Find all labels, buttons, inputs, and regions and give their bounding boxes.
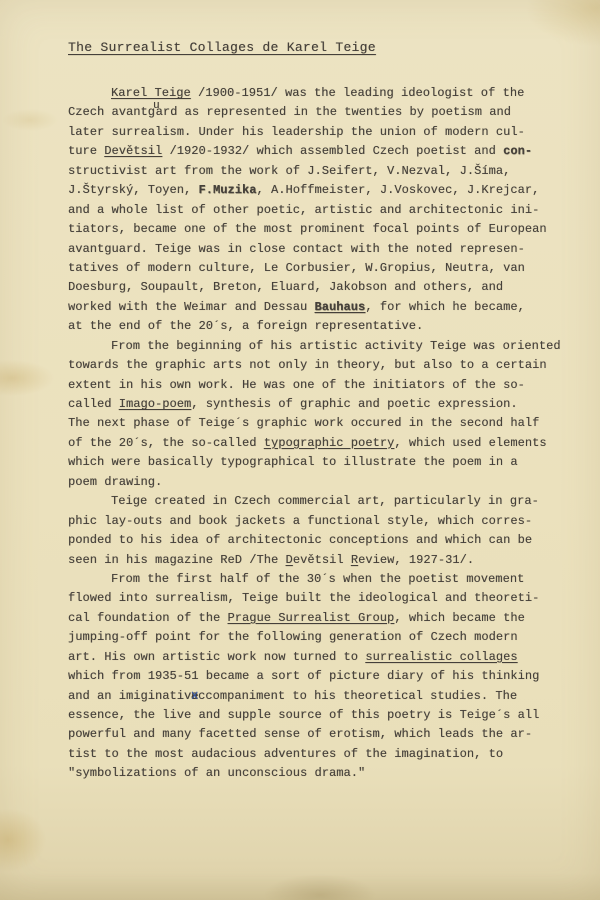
- typed-text: , which became the: [394, 611, 525, 625]
- typed-text: structivist art from the work of J.Seife…: [68, 164, 510, 178]
- typewritten-line: From the first half of the 30´s when the…: [68, 570, 568, 589]
- typed-text: art. His own artistic work now turned to: [68, 650, 365, 664]
- typewritten-line: Karel Teige /1900-1951/ was the leading …: [68, 84, 568, 103]
- typed-text: Teige created in Czech commercial art, p…: [111, 494, 539, 508]
- blue-pen-mark: ✕: [191, 683, 199, 709]
- typewritten-line: towards the graphic arts not only in the…: [68, 356, 568, 375]
- document-body: Karel Teige /1900-1951/ was the leading …: [68, 84, 568, 784]
- typewritten-line: jumping-off point for the following gene…: [68, 628, 568, 647]
- typed-text: of the 20´s, the so-called: [68, 436, 264, 450]
- underlined-text: Prague Surrealist Group: [228, 611, 395, 625]
- typewritten-line: The next phase of Teige´s graphic work o…: [68, 414, 568, 433]
- underlined-text: Karel Teige: [111, 86, 191, 100]
- typed-text: Czech avantg: [68, 105, 155, 119]
- underlined-text: D: [286, 553, 293, 567]
- typed-text: poem drawing.: [68, 475, 162, 489]
- typewritten-line: flowed into surrealism, Teige built the …: [68, 589, 568, 608]
- typed-text: ponded to his idea of architectonic conc…: [68, 533, 532, 547]
- typed-text: eview, 1927-31/.: [358, 553, 474, 567]
- typed-text: extent in his own work. He was one of th…: [68, 378, 525, 392]
- typed-text: The next phase of Teige´s graphic work o…: [68, 416, 539, 430]
- typed-text: , A.Hoffmeister, J.Voskovec, J.Krejcar,: [257, 183, 540, 197]
- typed-text: at the end of the 20´s, a foreign repres…: [68, 319, 423, 333]
- typewritten-line: tist to the most audacious adventures of…: [68, 745, 568, 764]
- typed-text: powerful and many facetted sense of erot…: [68, 727, 532, 741]
- typed-correction-u: u: [153, 97, 160, 116]
- typed-text: later surrealism. Under his leadership t…: [68, 125, 525, 139]
- typewritten-line: at the end of the 20´s, a foreign repres…: [68, 317, 568, 336]
- document-page: The Surrealist Collages de Karel Teige K…: [0, 0, 600, 900]
- typed-text: seen in his magazine ReD /The: [68, 553, 286, 567]
- typed-text: /1900-1951/ was the leading ideologist o…: [191, 86, 525, 100]
- typewritten-line: called Imago-poem, synthesis of graphic …: [68, 395, 568, 414]
- typewritten-line: art. His own artistic work now turned to…: [68, 648, 568, 667]
- typed-text: F.Muzika: [199, 183, 257, 197]
- typed-text: ard as represented in the twenties by po…: [156, 105, 511, 119]
- typewritten-line: tatives of modern culture, Le Corbusier,…: [68, 259, 568, 278]
- typewritten-line: Doesburg, Soupault, Breton, Eluard, Jako…: [68, 278, 568, 297]
- typed-text: J.Štyrský, Toyen,: [68, 183, 199, 197]
- typed-text: and a whole list of other poetic, artist…: [68, 203, 539, 217]
- typewritten-line: which from 1935-51 became a sort of pict…: [68, 667, 568, 686]
- typewritten-line: J.Štyrský, Toyen, F.Muzika, A.Hoffmeiste…: [68, 181, 568, 200]
- typed-text: tatives of modern culture, Le Corbusier,…: [68, 261, 525, 275]
- typewritten-line: phic lay-outs and book jackets a functio…: [68, 512, 568, 531]
- typewritten-line: Teige created in Czech commercial art, p…: [68, 492, 568, 511]
- typed-text: tiators, became one of the most prominen…: [68, 222, 547, 236]
- typed-text: and an imiginative: [68, 689, 199, 703]
- typed-text: ture: [68, 144, 104, 158]
- typewritten-line: From the beginning of his artistic activ…: [68, 337, 568, 356]
- underlined-text: surrealistic collages: [365, 650, 517, 664]
- underlined-text: Devětsil: [104, 144, 162, 158]
- typewritten-line: later surrealism. Under his leadership t…: [68, 123, 568, 142]
- typed-text: tist to the most audacious adventures of…: [68, 747, 503, 761]
- typed-text: which were basically typographical to il…: [68, 455, 518, 469]
- typewritten-line: "symbolizations of an unconscious drama.…: [68, 764, 568, 783]
- typed-text: phic lay-outs and book jackets a functio…: [68, 514, 532, 528]
- typed-text: /1920-1932/ which assembled Czech poetis…: [162, 144, 503, 158]
- typewritten-line: structivist art from the work of J.Seife…: [68, 162, 568, 181]
- typewritten-line: and an imiginative✕accompaniment to his …: [68, 687, 568, 706]
- typed-text: , for which he became,: [365, 300, 525, 314]
- typewritten-line: essence, the live and supple source of t…: [68, 706, 568, 725]
- underlined-text: R: [351, 553, 358, 567]
- typed-text: "symbolizations of an unconscious drama.…: [68, 766, 365, 780]
- typed-text: From the first half of the 30´s when the…: [111, 572, 524, 586]
- typed-text: worked with the Weimar and Dessau: [68, 300, 315, 314]
- typed-text: jumping-off point for the following gene…: [68, 630, 518, 644]
- typed-text: essence, the live and supple source of t…: [68, 708, 539, 722]
- typewritten-line: powerful and many facetted sense of erot…: [68, 725, 568, 744]
- underlined-text: typographic poetry: [264, 436, 395, 450]
- typewritten-line: tiators, became one of the most prominen…: [68, 220, 568, 239]
- typewritten-line: cal foundation of the Prague Surrealist …: [68, 609, 568, 628]
- typewritten-line: Czech avantguard as represented in the t…: [68, 103, 568, 122]
- typewritten-line: of the 20´s, the so-called typographic p…: [68, 434, 568, 453]
- underlined-text: Imago-poem: [119, 397, 192, 411]
- typed-text: , which used elements: [394, 436, 546, 450]
- typed-text: avantguard. Teige was in close contact w…: [68, 242, 525, 256]
- typewritten-line: ponded to his idea of architectonic conc…: [68, 531, 568, 550]
- typewritten-line: ture Devětsil /1920-1932/ which assemble…: [68, 142, 568, 161]
- typewritten-line: which were basically typographical to il…: [68, 453, 568, 472]
- typed-text: which from 1935-51 became a sort of pict…: [68, 669, 539, 683]
- document-title: The Surrealist Collages de Karel Teige: [68, 40, 376, 55]
- typed-text: called: [68, 397, 119, 411]
- typewritten-line: poem drawing.: [68, 473, 568, 492]
- typewritten-line: avantguard. Teige was in close contact w…: [68, 240, 568, 259]
- typed-text: Doesburg, Soupault, Breton, Eluard, Jako…: [68, 280, 503, 294]
- typed-text: evětsil: [293, 553, 351, 567]
- underlined-text: Bauhaus: [315, 300, 366, 314]
- typed-text: accompaniment to his theoretical studies…: [191, 689, 517, 703]
- typed-text: flowed into surrealism, Teige built the …: [68, 591, 539, 605]
- typewritten-line: worked with the Weimar and Dessau Bauhau…: [68, 298, 568, 317]
- typewritten-line: seen in his magazine ReD /The Devětsil R…: [68, 551, 568, 570]
- typed-text: towards the graphic arts not only in the…: [68, 358, 547, 372]
- typed-text: con-: [503, 144, 532, 158]
- typed-text: cal foundation of the: [68, 611, 228, 625]
- typewritten-line: and a whole list of other poetic, artist…: [68, 201, 568, 220]
- typewritten-line: extent in his own work. He was one of th…: [68, 376, 568, 395]
- typed-text: , synthesis of graphic and poetic expres…: [191, 397, 517, 411]
- typed-text: From the beginning of his artistic activ…: [111, 339, 561, 353]
